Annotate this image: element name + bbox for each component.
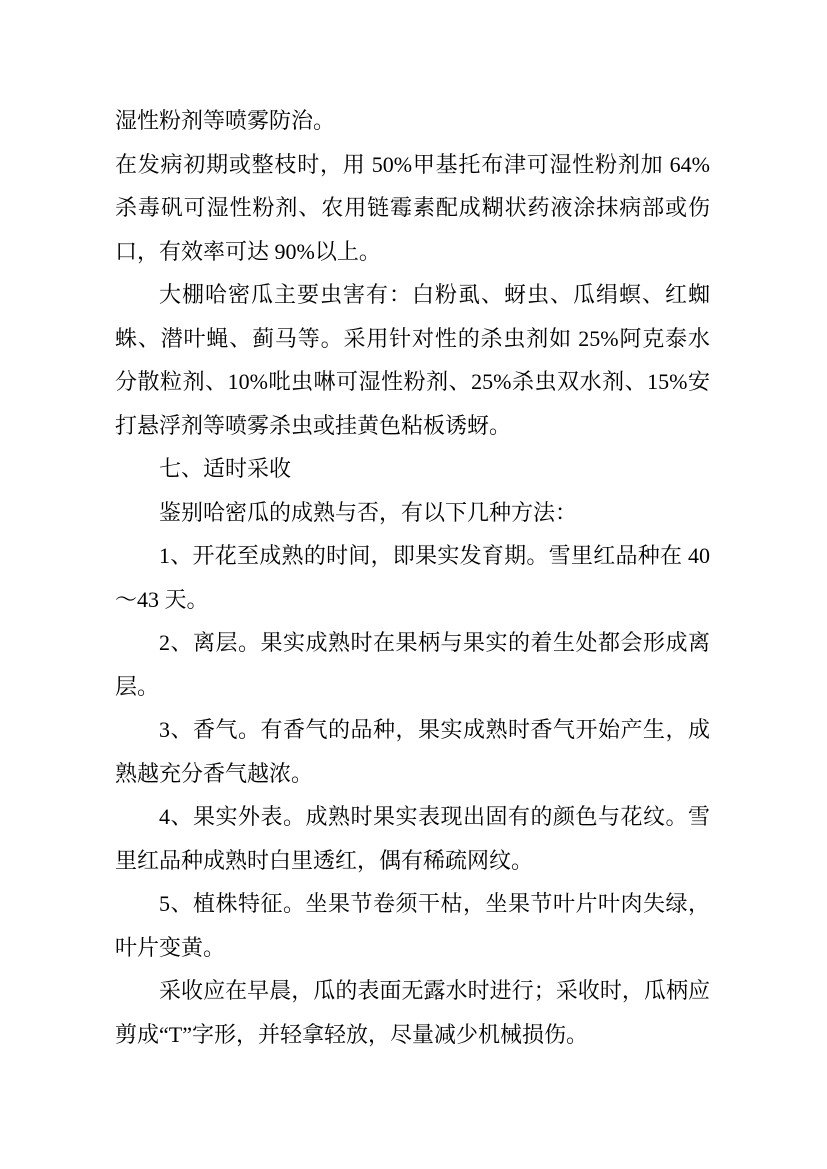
list-item: 5、植株特征。坐果节卷须干枯，坐果节叶片叶肉失绿，叶片变黄。: [115, 882, 710, 969]
list-item: 3、香气。有香气的品种，果实成熟时香气开始产生，成熟越充分香气越浓。: [115, 708, 710, 795]
paragraph: 在发病初期或整枝时，用 50%甲基托布津可湿性粉剂加 64%杀毒矾可湿性粉剂、农…: [115, 143, 710, 274]
document-page: 湿性粉剂等喷雾防治。 在发病初期或整枝时，用 50%甲基托布津可湿性粉剂加 64…: [0, 0, 827, 1169]
list-item: 2、离层。果实成熟时在果柄与果实的着生处都会形成离层。: [115, 621, 710, 708]
document-text-block: 湿性粉剂等喷雾防治。 在发病初期或整枝时，用 50%甲基托布津可湿性粉剂加 64…: [115, 99, 710, 1056]
list-item: 4、果实外表。成熟时果实表现出固有的颜色与花纹。雪里红品种成熟时白里透红，偶有稀…: [115, 795, 710, 882]
list-item: 1、开花至成熟的时间，即果实发育期。雪里红品种在 40～43 天。: [115, 534, 710, 621]
paragraph: 大棚哈密瓜主要虫害有：白粉虱、蚜虫、瓜绢螟、红蜘蛛、潜叶蝇、蓟马等。采用针对性的…: [115, 273, 710, 447]
section-heading: 七、适时采收: [115, 447, 710, 491]
paragraph: 湿性粉剂等喷雾防治。: [115, 99, 710, 143]
paragraph: 采收应在早晨，瓜的表面无露水时进行；采收时，瓜柄应剪成“T”字形，并轻拿轻放，尽…: [115, 969, 710, 1056]
paragraph: 鉴别哈密瓜的成熟与否，有以下几种方法：: [115, 491, 710, 535]
